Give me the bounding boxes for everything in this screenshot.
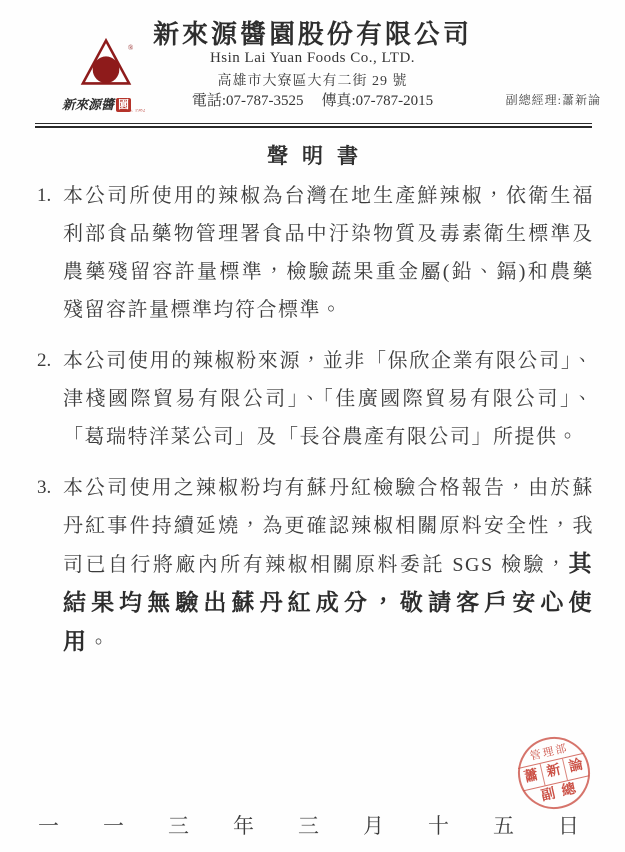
paragraph-3-number: 3.	[37, 469, 51, 507]
phone-number: 電話:07-787-3525	[192, 93, 304, 109]
date-char: 月	[363, 810, 384, 840]
paragraph-2: 2. 本公司使用的辣椒粉來源，並非「保欣企業有限公司」、津棧國際貿易有限公司」、…	[37, 342, 594, 456]
fax-number: 傳真:07-787-2015	[322, 93, 434, 109]
date-char: 三	[168, 810, 189, 840]
paragraph-2-number: 2.	[37, 342, 51, 380]
company-name-en: Hsin Lai Yuan Foods Co., LTD.	[0, 50, 625, 67]
paragraph-3-text: 本公司使用之辣椒粉均有蘇丹紅檢驗合格報告，由於蘇丹紅事件持續延燒，為更確認辣椒相…	[63, 469, 594, 662]
date-char: 一	[103, 810, 124, 840]
paragraph-1-text: 本公司所使用的辣椒為台灣在地生產鮮辣椒，依衛生福利部食品藥物管理署食品中汙染物質…	[63, 177, 594, 329]
company-address: 高雄市大寮區大有二街 29 號	[0, 70, 625, 90]
header-divider-rule	[35, 123, 592, 128]
paragraph-3-text-normal: 本公司使用之辣椒粉均有蘇丹紅檢驗合格報告，由於蘇丹紅事件持續延燒，為更確認辣椒相…	[63, 477, 594, 576]
red-company-seal-stamp: 管理部 蕭 新 論 副總	[511, 730, 597, 816]
date-char: 十	[428, 810, 449, 840]
document-date: 一 一 三 年 三 月 十 五 日	[38, 810, 579, 840]
statement-body: 1. 本公司所使用的辣椒為台灣在地生產鮮辣椒，依衛生福利部食品藥物管理署食品中汙…	[37, 177, 594, 675]
paragraph-3: 3. 本公司使用之辣椒粉均有蘇丹紅檢驗合格報告，由於蘇丹紅事件持續延燒，為更確認…	[37, 469, 594, 662]
date-char: 日	[558, 810, 579, 840]
paragraph-1-number: 1.	[37, 177, 51, 215]
date-char: 五	[493, 810, 514, 840]
paragraph-3-text-period: 。	[89, 632, 111, 654]
date-char: 一	[38, 810, 59, 840]
paragraph-2-text: 本公司使用的辣椒粉來源，並非「保欣企業有限公司」、津棧國際貿易有限公司」、「佳廣…	[63, 342, 594, 456]
deputy-general-manager: 副總經理:蕭新論	[506, 91, 601, 108]
date-char: 三	[298, 810, 319, 840]
company-name-zh: 新來源醬園股份有限公司	[0, 14, 625, 51]
statement-document-page: ® 新來源醬園 SINCE 1982 新來源醬園股份有限公司 Hsin Lai …	[0, 0, 625, 852]
paragraph-1: 1. 本公司所使用的辣椒為台灣在地生產鮮辣椒，依衛生福利部食品藥物管理署食品中汙…	[37, 177, 594, 329]
document-title: 聲明書	[0, 140, 625, 170]
date-char: 年	[233, 810, 254, 840]
